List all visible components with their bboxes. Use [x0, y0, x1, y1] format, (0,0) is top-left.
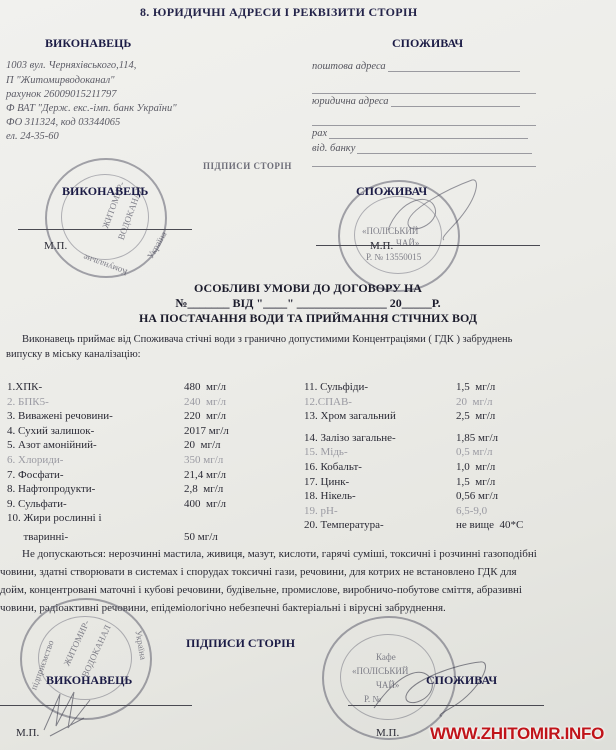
executor-sign-label: ВИКОНАВЕЦЬ — [62, 184, 148, 199]
account-field[interactable]: рах — [312, 128, 528, 139]
limit-value: 21,4 мг/л — [184, 469, 226, 481]
limit-value: 220 мг/л — [184, 410, 226, 422]
consumer-sign-label: СПОЖИВАЧ — [356, 184, 427, 199]
seal-place-right-bottom: М.П. — [376, 727, 399, 739]
field-label: рах — [312, 128, 327, 139]
limit-label: 13. Хром загальний — [304, 410, 396, 422]
conditions-title: ОСОБЛИВІ УМОВИ ДО ДОГОВОРУ НА — [0, 281, 616, 296]
limit-label: 4. Сухий залишок- — [7, 425, 94, 437]
address-line: 1003 вул. Черняхівського,114, — [6, 60, 136, 71]
limit-value: 480 мг/л — [184, 381, 226, 393]
consumer-heading: СПОЖИВАЧ — [392, 36, 463, 51]
limit-value: 20 мг/л — [456, 396, 493, 408]
limit-value: 1,0 мг/л — [456, 461, 495, 473]
limit-label: 9. Сульфати- — [7, 498, 67, 510]
limit-label: 3. Виважені речовини- — [7, 410, 113, 422]
limit-label: 10. Жири рослинні і — [7, 512, 102, 524]
limit-label: 19. рН- — [304, 505, 338, 517]
limit-value: 6,5-9,0 — [456, 505, 487, 517]
seal-place-left: М.П. — [44, 240, 67, 252]
intro-text: Виконавець приймає від Споживача стічні … — [22, 334, 512, 345]
address-line: П "Житомирводоканал" — [6, 75, 115, 86]
postal-address-field[interactable]: поштова адреса — [312, 61, 520, 72]
field-label: від. банку — [312, 143, 355, 154]
signatures-title: ПІДПИСИ СТОРІН — [203, 161, 292, 171]
limit-value: 400 мг/л — [184, 498, 226, 510]
limit-label: 2. БПК5- — [7, 396, 49, 408]
limit-value: 1,85 мг/л — [456, 432, 498, 444]
address-line: Ф ВАТ "Держ. екс.-імп. банк України" — [6, 103, 177, 114]
signatures-title-bottom: ПІДПИСИ СТОРІН — [186, 636, 295, 651]
limit-value: 2,5 мг/л — [456, 410, 495, 422]
limit-value: 20 мг/л — [184, 439, 221, 451]
legal-address-field[interactable]: юридична адреса — [312, 96, 520, 107]
watermark-logo: WWW.ZHITOMIR.INFO — [430, 724, 604, 744]
limit-label: 20. Температура- — [304, 519, 384, 531]
seal-place-right: М.П. — [370, 240, 393, 252]
section-title: 8. ЮРИДИЧНІ АДРЕСИ І РЕКВІЗИТИ СТОРІН — [140, 5, 418, 20]
limit-label: 12.СПАВ- — [304, 396, 352, 408]
limit-value: 240 мг/л — [184, 396, 226, 408]
signature-consumer-bottom — [370, 660, 500, 720]
stamp-executor-top: ЖИТОМИР- ВОДОКАНАЛ Україна Комунальне — [45, 158, 167, 278]
address-line: ел. 24-35-60 — [6, 131, 59, 142]
seal-place-left-bottom: М.П. — [16, 727, 39, 739]
address-line: рахунок 26009015211797 — [6, 89, 117, 100]
limit-label: 1.ХПК- — [7, 381, 42, 393]
limit-label: 17. Цинк- — [304, 476, 349, 488]
field-label: юридична адреса — [312, 96, 389, 107]
contract-number-line: №_______ ВІД "____" _______________ 20__… — [0, 296, 616, 311]
limit-label: 15. Мідь- — [304, 446, 348, 458]
executor-heading: ВИКОНАВЕЦЬ — [45, 36, 131, 51]
limit-value: не вище 40*С — [456, 519, 523, 531]
signature-executor-bottom — [40, 690, 100, 740]
consumer-sign-label-bottom: СПОЖИВАЧ — [426, 673, 497, 688]
bank-branch-field[interactable]: від. банку — [312, 143, 532, 154]
limit-label: 5. Азот амонійний- — [7, 439, 97, 451]
limit-label: тваринні- — [7, 531, 68, 543]
limit-label: 8. Нафтопродукти- — [7, 483, 95, 495]
limit-label: 11. Сульфіди- — [304, 381, 368, 393]
address-line: ФО 311324, код 03344065 — [6, 117, 120, 128]
conditions-subtitle: НА ПОСТАЧАННЯ ВОДИ ТА ПРИЙМАННЯ СТІЧНИХ … — [0, 311, 616, 326]
limit-value: 1,5 мг/л — [456, 476, 495, 488]
limit-value: 0,5 мг/л — [456, 446, 493, 458]
limit-value: 2,8 мг/л — [184, 483, 223, 495]
executor-sign-label-bottom: ВИКОНАВЕЦЬ — [46, 673, 132, 688]
limit-value: 1,5 мг/л — [456, 381, 495, 393]
intro-text: випуску в міську каналізацію: — [6, 349, 141, 360]
limit-value: 50 мг/л — [184, 531, 218, 543]
limit-value: 0,56 мг/л — [456, 490, 498, 502]
limit-label: 16. Кобальт- — [304, 461, 362, 473]
limit-label: 7. Фосфати- — [7, 469, 64, 481]
limit-label: 18. Нікель- — [304, 490, 356, 502]
limit-label: 6. Хлориди- — [7, 454, 63, 466]
limit-label: 14. Залізо загальне- — [304, 432, 396, 444]
field-label: поштова адреса — [312, 61, 386, 72]
limit-value: 350 мг/л — [184, 454, 223, 466]
limit-value: 2017 мг/л — [184, 425, 229, 437]
